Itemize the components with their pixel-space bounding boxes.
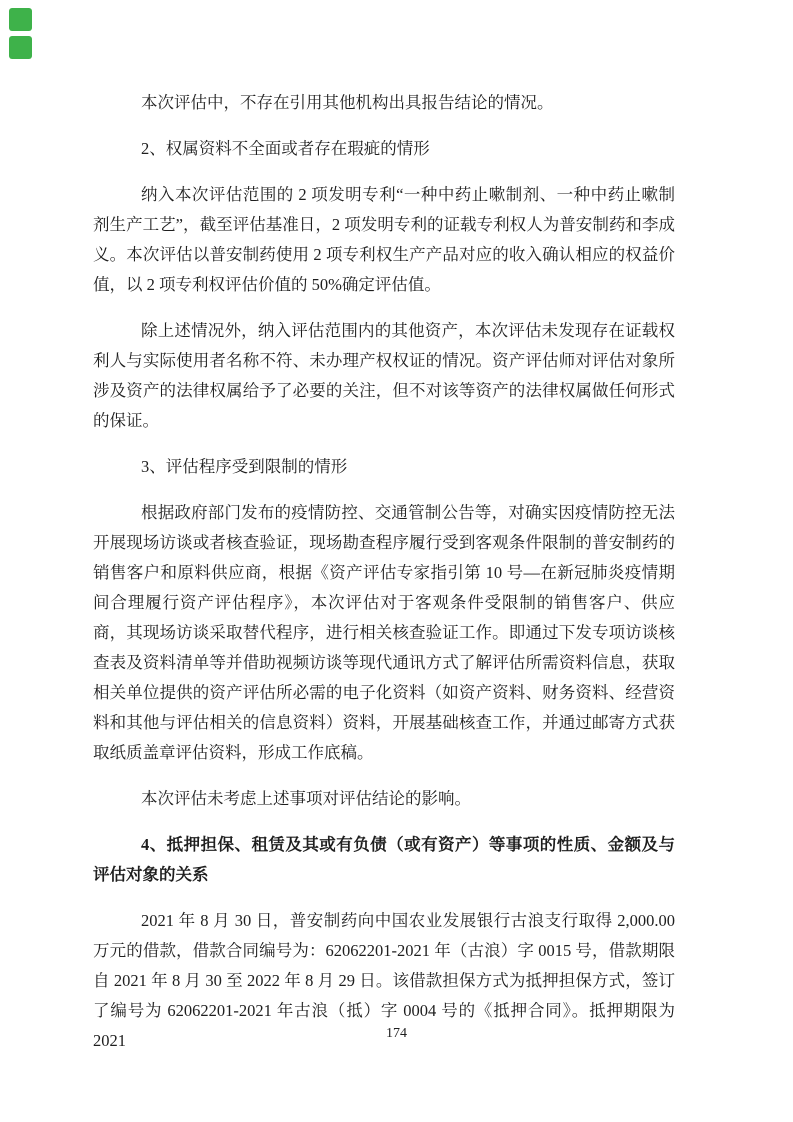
section-heading-4: 4、抵押担保、租赁及其或有负债（或有资产）等事项的性质、金额及与评估对象的关系: [93, 830, 675, 890]
section-heading-2: 2、权属资料不全面或者存在瑕疵的情形: [93, 134, 675, 164]
paragraph-pandemic-procedures: 根据政府部门发布的疫情防控、交通管制公告等，对确实因疫情防控无法开展现场访谈或者…: [93, 498, 675, 768]
paragraph-no-citation: 本次评估中，不存在引用其他机构出具报告结论的情况。: [93, 88, 675, 118]
document-page: 本次评估中，不存在引用其他机构出具报告结论的情况。 2、权属资料不全面或者存在瑕…: [0, 0, 793, 1122]
corner-markers: [9, 8, 32, 59]
green-square-icon: [9, 8, 32, 31]
section-heading-3: 3、评估程序受到限制的情形: [93, 452, 675, 482]
paragraph-other-assets: 除上述情况外，纳入评估范围内的其他资产，本次评估未发现存在证载权利人与实际使用者…: [93, 316, 675, 436]
document-body: 本次评估中，不存在引用其他机构出具报告结论的情况。 2、权属资料不全面或者存在瑕…: [93, 88, 675, 1072]
page-number: 174: [0, 1024, 793, 1044]
paragraph-patents-scope: 纳入本次评估范围的 2 项发明专利“一种中药止嗽制剂、一种中药止嗽制剂生产工艺”…: [93, 180, 675, 300]
paragraph-no-impact: 本次评估未考虑上述事项对评估结论的影响。: [93, 784, 675, 814]
green-square-icon: [9, 36, 32, 59]
